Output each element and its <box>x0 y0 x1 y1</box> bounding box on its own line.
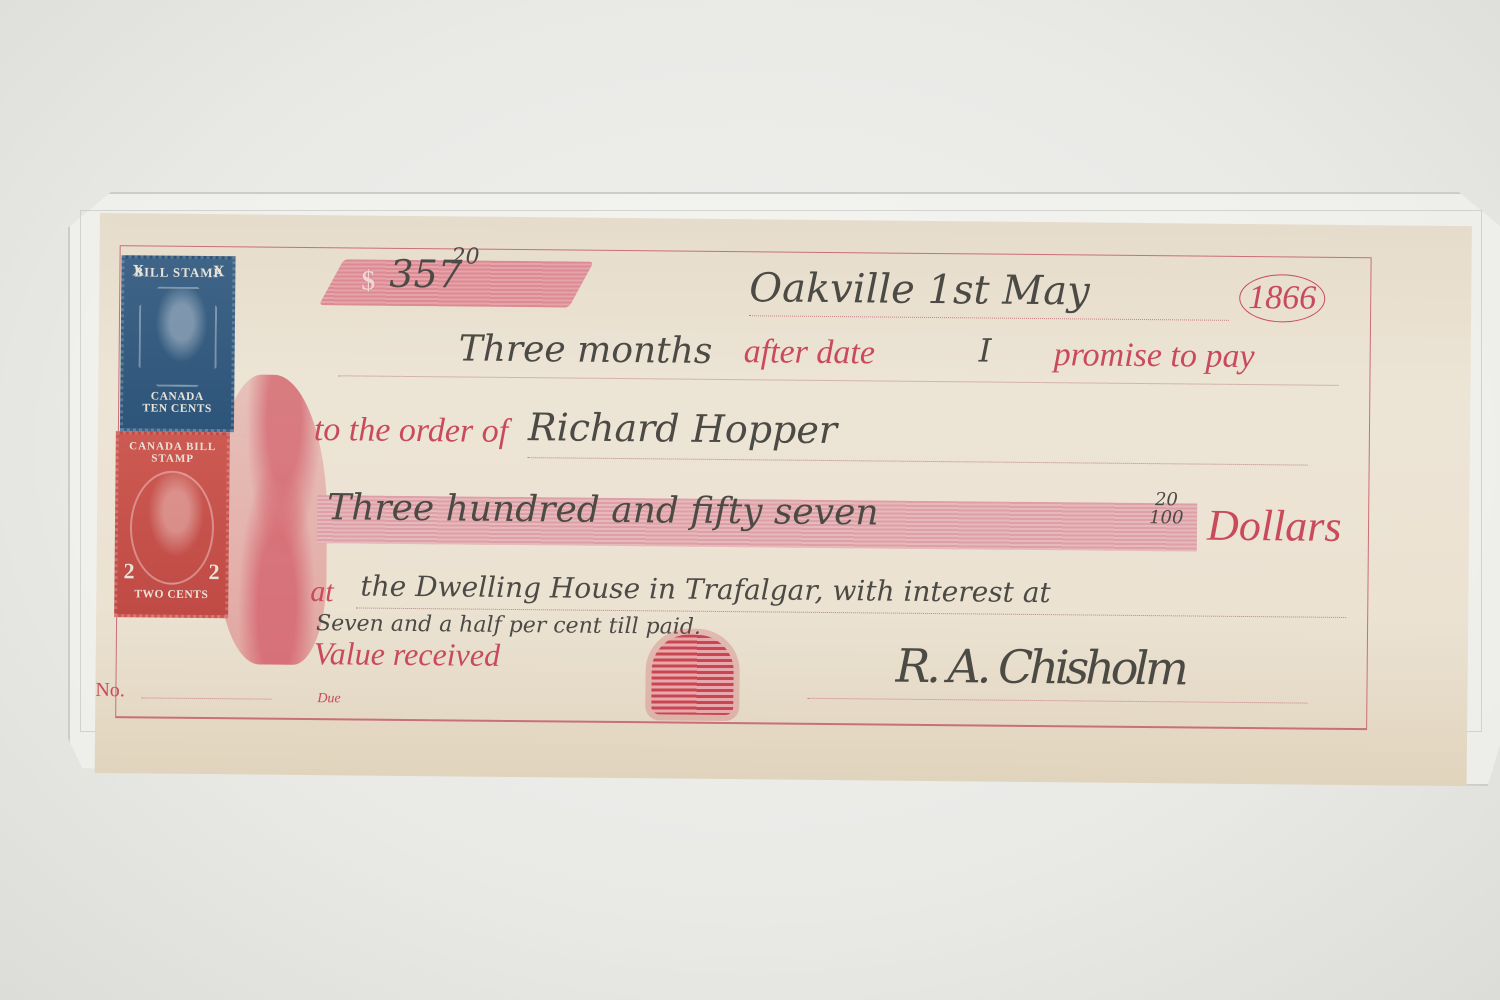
value-received-label: Value received <box>314 635 501 674</box>
place-and-date: Oakville 1st May <box>749 265 1090 314</box>
amount-fraction: 20 100 <box>1149 491 1184 527</box>
due-label: Due <box>317 691 340 707</box>
queen-portrait-icon <box>138 286 217 387</box>
amount-cents: 20 <box>451 244 479 269</box>
period-text: Three months <box>459 328 713 371</box>
dollar-sign: $ <box>361 266 375 298</box>
stamp-denomination-right: 2 <box>208 559 219 585</box>
number-label: No. <box>95 679 125 702</box>
amount-in-words: Three hundred and fifty seven <box>327 487 879 533</box>
year-oval: 1866 <box>1239 274 1325 323</box>
beehive-emblem-icon <box>651 634 734 715</box>
promissory-note: X X BILL STAMP CANADA TEN CENTS CANADA B… <box>95 213 1472 786</box>
two-cent-bill-stamp: CANADA BILL STAMP 2 2 TWO CENTS <box>114 431 230 618</box>
fraction-denominator: 100 <box>1149 507 1184 528</box>
stamp-corner-left: X <box>132 262 144 280</box>
payee-name: Richard Hopper <box>528 405 837 452</box>
ten-cent-bill-stamp: X X BILL STAMP CANADA TEN CENTS <box>120 255 236 432</box>
queen-portrait-icon <box>129 470 214 585</box>
order-label: to the order of <box>314 411 509 451</box>
stamp-header: CANADA BILL STAMP <box>119 434 227 465</box>
stamp-corner-right: X <box>213 263 225 281</box>
stamp-value: TWO CENTS <box>117 588 225 601</box>
place-of-payment: the Dwelling House in Trafalgar, with in… <box>360 570 1051 610</box>
promise-label: promise to pay <box>1053 336 1254 376</box>
stamp-country: CANADA <box>123 390 231 403</box>
stamp-value: TEN CENTS <box>123 402 231 415</box>
stamp-denomination-left: 2 <box>123 558 134 584</box>
signer-pronoun: I <box>979 331 992 369</box>
after-date-label: after date <box>744 333 876 372</box>
dollars-label: Dollars <box>1207 500 1342 552</box>
signature: R. A. Chisholm <box>895 639 1185 696</box>
at-label: at <box>310 575 334 609</box>
